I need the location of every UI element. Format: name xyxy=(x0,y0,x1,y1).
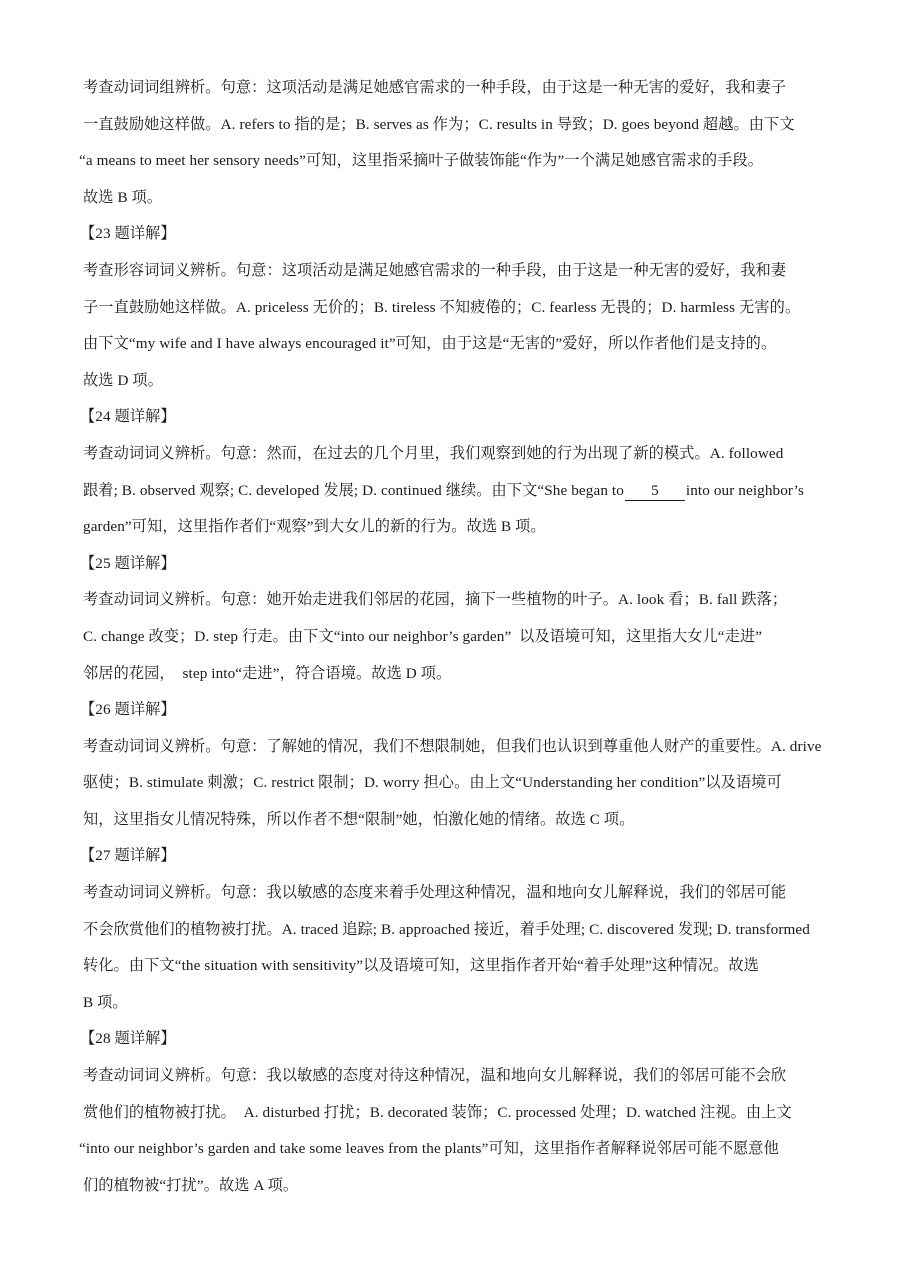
paragraph-line: 由下文“my wife and I have always encouraged… xyxy=(83,330,823,367)
section-25-explanation: 【25 题详解】 考查动词词义辨析。句意：她开始走进我们邻居的花园，摘下一些植物… xyxy=(83,550,823,696)
section-24-explanation: 【24 题详解】 考查动词词义辨析。句意：然而，在过去的几个月里，我们观察到她的… xyxy=(83,403,823,549)
paragraph-line: “a means to meet her sensory needs”可知，这里… xyxy=(79,147,823,184)
section-heading: 【28 题详解】 xyxy=(80,1025,823,1062)
paragraph-line: 考查动词词义辨析。句意：了解她的情况，我们不想限制她，但我们也认识到尊重他人财产… xyxy=(83,733,823,770)
paragraph-line: 赏他们的植物被打扰。 A. disturbed 打扰；B. decorated … xyxy=(83,1099,823,1136)
paragraph-line: garden”可知，这里指作者们“观察”到大女儿的新的行为。故选 B 项。 xyxy=(83,513,823,550)
paragraph-line: 邻居的花园， step into“走进”，符合语境。故选 D 项。 xyxy=(83,660,823,697)
paragraph-line: 不会欣赏他们的植物被打扰。A. traced 追踪; B. approached… xyxy=(83,916,823,953)
paragraph-line: 一直鼓励她这样做。A. refers to 指的是；B. serves as 作… xyxy=(83,111,823,148)
section-heading: 【24 题详解】 xyxy=(80,403,823,440)
section-heading: 【25 题详解】 xyxy=(80,550,823,587)
paragraph-line: 考查形容词词义辨析。句意：这项活动是满足她感官需求的一种手段，由于这是一种无害的… xyxy=(83,257,823,294)
paragraph-line: 驱使；B. stimulate 刺激；C. restrict 限制；D. wor… xyxy=(83,769,823,806)
paragraph-line: C. change 改变；D. step 行走。由下文“into our nei… xyxy=(83,623,823,660)
blank-number: 5 xyxy=(625,482,685,501)
paragraph-text: 跟着; B. observed 观察; C. developed 发展; D. … xyxy=(83,482,624,499)
paragraph-line: 考查动词词义辨析。句意：然而，在过去的几个月里，我们观察到她的行为出现了新的模式… xyxy=(83,440,823,477)
paragraph-line: “into our neighbor’s garden and take som… xyxy=(79,1135,823,1172)
paragraph-line: 们的植物被“打扰”。故选 A 项。 xyxy=(83,1172,823,1209)
paragraph-line: 考查动词词组辨析。句意：这项活动是满足她感官需求的一种手段，由于这是一种无害的爱… xyxy=(83,74,823,111)
paragraph-line: 考查动词词义辨析。句意：我以敏感的态度来着手处理这种情况，温和地向女儿解释说，我… xyxy=(83,879,823,916)
paragraph-line: 跟着; B. observed 观察; C. developed 发展; D. … xyxy=(83,477,823,514)
section-heading: 【23 题详解】 xyxy=(80,220,823,257)
paragraph-line: 转化。由下文“the situation with sensitivity”以及… xyxy=(83,952,823,989)
section-22-explanation: 考查动词词组辨析。句意：这项活动是满足她感官需求的一种手段，由于这是一种无害的爱… xyxy=(83,74,823,220)
paragraph-line: 考查动词词义辨析。句意：她开始走进我们邻居的花园，摘下一些植物的叶子。A. lo… xyxy=(83,586,823,623)
document-page: 考查动词词组辨析。句意：这项活动是满足她感官需求的一种手段，由于这是一种无害的爱… xyxy=(83,74,823,1208)
paragraph-line: 故选 B 项。 xyxy=(83,184,823,221)
paragraph-line: 故选 D 项。 xyxy=(83,367,823,404)
paragraph-line: B 项。 xyxy=(83,989,823,1026)
section-heading: 【26 题详解】 xyxy=(80,696,823,733)
paragraph-line: 考查动词词义辨析。句意：我以敏感的态度对待这种情况，温和地向女儿解释说，我们的邻… xyxy=(83,1062,823,1099)
section-28-explanation: 【28 题详解】 考查动词词义辨析。句意：我以敏感的态度对待这种情况，温和地向女… xyxy=(83,1025,823,1208)
section-26-explanation: 【26 题详解】 考查动词词义辨析。句意：了解她的情况，我们不想限制她，但我们也… xyxy=(83,696,823,842)
section-heading: 【27 题详解】 xyxy=(80,842,823,879)
paragraph-line: 子一直鼓励她这样做。A. priceless 无价的；B. tireless 不… xyxy=(83,294,823,331)
section-27-explanation: 【27 题详解】 考查动词词义辨析。句意：我以敏感的态度来着手处理这种情况，温和… xyxy=(83,842,823,1025)
paragraph-line: 知，这里指女儿情况特殊，所以作者不想“限制”她，怕激化她的情绪。故选 C 项。 xyxy=(83,806,823,843)
section-23-explanation: 【23 题详解】 考查形容词词义辨析。句意：这项活动是满足她感官需求的一种手段，… xyxy=(83,220,823,403)
paragraph-text: into our neighbor’s xyxy=(686,482,804,499)
